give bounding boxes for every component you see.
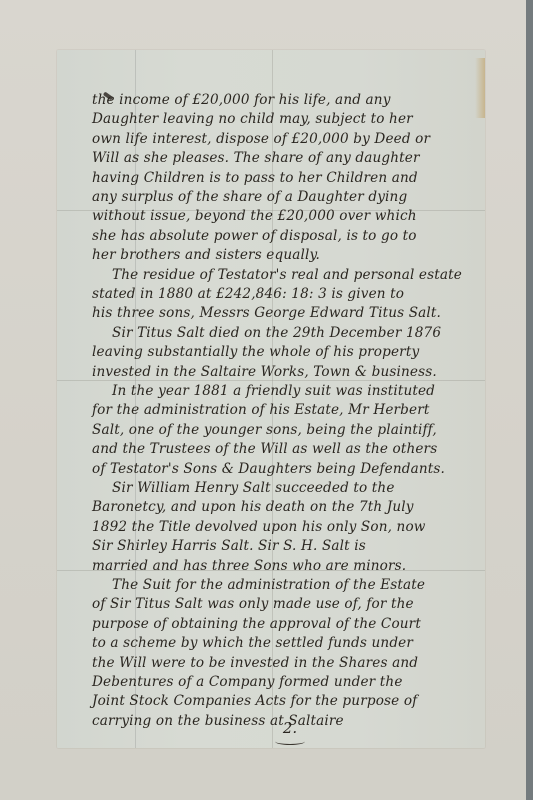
manuscript-line: without issue, beyond the £20,000 over w… — [92, 208, 417, 224]
manuscript-line: 1892 the Title devolved upon his only So… — [92, 519, 426, 535]
manuscript-line: leaving substantially the whole of his p… — [92, 344, 419, 360]
manuscript-line: In the year 1881 a friendly suit was ins… — [112, 383, 435, 399]
manuscript-line: The residue of Testator's real and perso… — [112, 267, 462, 283]
page-number: 2. — [270, 719, 310, 737]
scanner-edge-strip — [526, 0, 533, 800]
manuscript-line: Daughter leaving no child may, subject t… — [92, 111, 413, 127]
manuscript-line: having Children is to pass to her Childr… — [92, 170, 418, 186]
manuscript-line: stated in 1880 at £242,846: 18: 3 is giv… — [92, 286, 404, 302]
manuscript-line: Joint Stock Companies Acts for the purpo… — [92, 693, 417, 709]
manuscript-line: of Testator's Sons & Daughters being Def… — [92, 461, 445, 477]
paper-fold-line — [57, 380, 485, 381]
manuscript-line: the Will were to be invested in the Shar… — [92, 655, 418, 671]
manuscript-line: Sir Titus Salt died on the 29th December… — [112, 325, 441, 341]
manuscript-line: purpose of obtaining the approval of the… — [92, 616, 421, 632]
manuscript-line: for the administration of his Estate, Mr… — [92, 402, 429, 418]
manuscript-line: own life interest, dispose of £20,000 by… — [92, 131, 430, 147]
page-number-flourish — [275, 738, 305, 745]
manuscript-line: Baronetcy, and upon his death on the 7th… — [92, 499, 414, 515]
manuscript-line: the income of £20,000 for his life, and … — [92, 92, 391, 108]
manuscript-line: Will as she pleases. The share of any da… — [92, 150, 420, 166]
manuscript-line: The Suit for the administration of the E… — [112, 577, 425, 593]
manuscript-line: of Sir Titus Salt was only made use of, … — [92, 596, 414, 612]
manuscript-line: her brothers and sisters equally. — [92, 247, 320, 263]
manuscript-line: Sir William Henry Salt succeeded to the — [112, 480, 395, 496]
manuscript-line: Debentures of a Company formed under the — [92, 674, 403, 690]
manuscript-line: she has absolute power of disposal, is t… — [92, 228, 417, 244]
manuscript-line: married and has three Sons who are minor… — [92, 558, 406, 574]
manuscript-line: invested in the Saltaire Works, Town & b… — [92, 364, 437, 380]
manuscript-line: Salt, one of the younger sons, being the… — [92, 422, 437, 438]
manuscript-line: and the Trustees of the Will as well as … — [92, 441, 437, 457]
manuscript-line: his three sons, Messrs George Edward Tit… — [92, 305, 441, 321]
manuscript-line: Sir Shirley Harris Salt. Sir S. H. Salt … — [92, 538, 366, 554]
manuscript-line: any surplus of the share of a Daughter d… — [92, 189, 407, 205]
manuscript-line: to a scheme by which the settled funds u… — [92, 635, 413, 651]
